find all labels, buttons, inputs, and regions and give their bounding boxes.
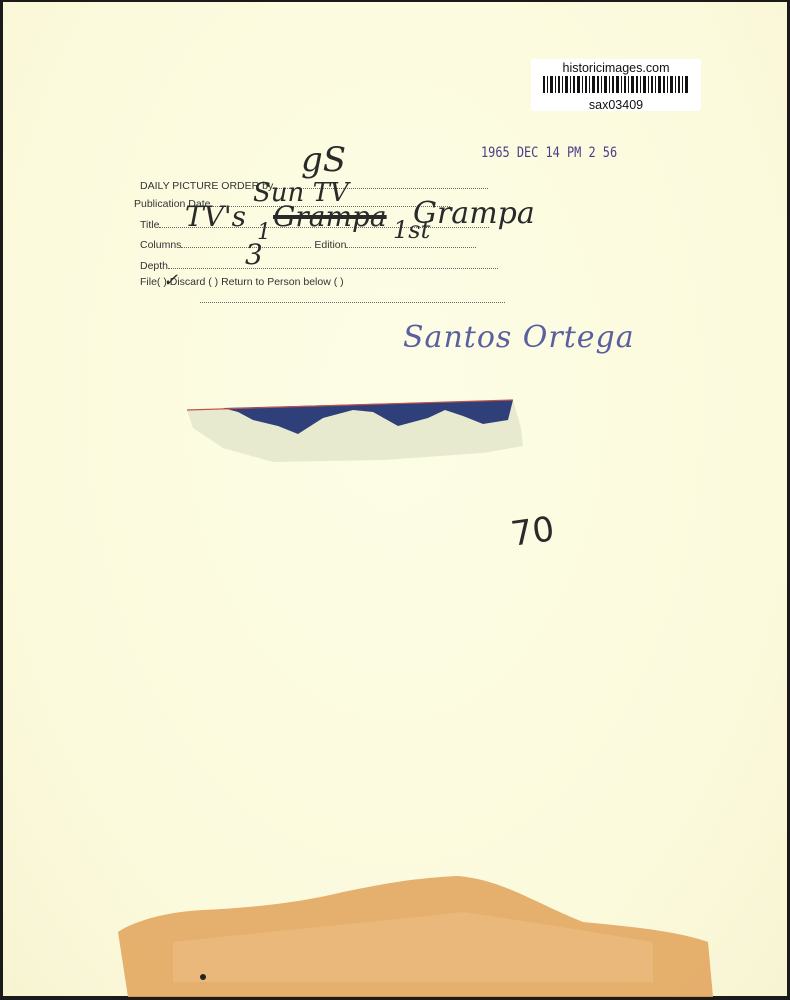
handwritten-title-2: Grampa <box>413 196 535 231</box>
handwritten-depth: 3 <box>245 238 263 271</box>
adhesive-stain <box>113 872 718 997</box>
handwritten-title: TV's <box>185 200 246 233</box>
label-code: sax03409 <box>531 98 701 112</box>
archive-barcode-label: historicimages.com sax03409 <box>531 59 701 111</box>
torn-tape-residue <box>183 398 528 470</box>
columns-label: Columns <box>140 239 181 251</box>
form-title: DAILY PICTURE ORDER <box>140 180 259 192</box>
barcode-icon <box>543 76 689 93</box>
handwritten-by: gS <box>301 140 346 180</box>
photo-back-paper: historicimages.com sax03409 1965 DEC 14 … <box>3 2 787 996</box>
handwritten-edition: 1st <box>393 216 430 244</box>
file-checkmark: ✓ <box>163 270 178 291</box>
handwritten-number: 70 <box>508 509 556 555</box>
handwritten-signature: Santos Ortega <box>403 320 635 355</box>
edition-label: Edition <box>314 239 346 251</box>
label-site: historicimages.com <box>531 61 701 75</box>
title-label: Title <box>140 219 159 231</box>
handwritten-title-struck: Grampa <box>273 200 387 233</box>
date-stamp: 1965 DEC 14 PM 2 56 <box>481 145 617 161</box>
